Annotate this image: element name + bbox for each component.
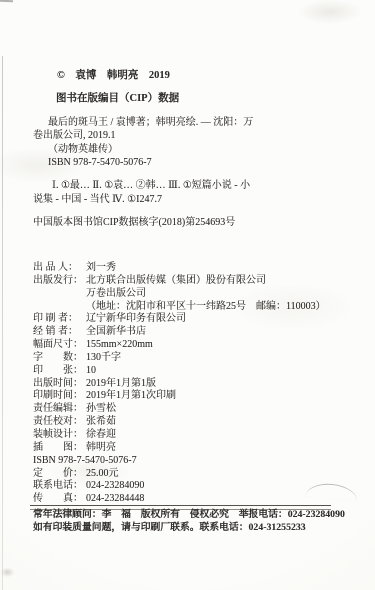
colophon-block: 出 品 人：刘一秀 出版发行：北方联合出版传媒（集团）股份有限公司 万卷出版公司… bbox=[33, 262, 353, 506]
colophon-value: 刘一秀 bbox=[86, 262, 116, 273]
cip-record-number: 中国版本图书馆CIP数据核字(2018)第254693号 bbox=[33, 217, 235, 229]
cip-entry-line: 卷出版公司, 2019.1 bbox=[33, 130, 116, 142]
colophon-value: 2019年1月第1次印刷 bbox=[86, 390, 176, 401]
colophon-row: 万卷出版公司 bbox=[33, 288, 353, 301]
scan-artifact-top-edge bbox=[0, 0, 13, 2]
colophon-value: 155mm×220mm bbox=[86, 339, 153, 350]
colophon-row: 字 数：130千字 bbox=[33, 352, 353, 365]
colophon-row: 出 品 人：刘一秀 bbox=[33, 262, 353, 275]
cip-classification-line: Ⅰ. ①最… Ⅱ. ①袁… ②韩… Ⅲ. ①短篇小说 - 小 bbox=[52, 180, 250, 192]
cip-entry-line: （动物英雄传） bbox=[48, 144, 118, 156]
colophon-value: 孙雪松 bbox=[86, 403, 116, 414]
colophon-row: 定 价：25.00元 bbox=[33, 468, 353, 481]
colophon-value: 张希茹 bbox=[86, 416, 116, 427]
colophon-label: 印 张： bbox=[33, 365, 86, 378]
cip-classification-line: 说集 - 中国 - 当代 Ⅳ. ①I247.7 bbox=[33, 194, 162, 206]
legal-line: 常年法律顾问：李 福 版权所有 侵权必究 举报电话：024-23284090 bbox=[33, 509, 345, 521]
colophon-row: ISBN 978-7-5470-5076-7 bbox=[33, 455, 353, 468]
cip-header: 图书在版编目（CIP）数据 bbox=[56, 93, 179, 105]
colophon-label: 幅面尺寸： bbox=[33, 339, 86, 352]
colophon-row: （地址：沈阳市和平区十一纬路25号 邮编：110003） bbox=[33, 301, 353, 314]
colophon-row: 联系电话：024-23284090 bbox=[33, 480, 353, 493]
book-copyright-page: © 袁博 韩明亮 2019 图书在版编目（CIP）数据 最后的斑马王 / 袁博著… bbox=[0, 0, 375, 590]
colophon-row: 责任编辑：孙雪松 bbox=[33, 403, 353, 416]
colophon-row: 装帧设计：徐春迎 bbox=[33, 429, 353, 442]
colophon-value: 25.00元 bbox=[86, 468, 119, 479]
colophon-row: 责任校对：张希茹 bbox=[33, 416, 353, 429]
colophon-row: 插 图：韩明亮 bbox=[33, 442, 353, 455]
colophon-label: 字 数： bbox=[33, 352, 86, 365]
colophon-isbn: ISBN 978-7-5470-5076-7 bbox=[33, 455, 137, 466]
colophon-label: 插 图： bbox=[33, 442, 86, 455]
colophon-value: 北方联合出版传媒（集团）股份有限公司 bbox=[86, 275, 266, 286]
colophon-value: 万卷出版公司 bbox=[86, 288, 146, 299]
colophon-value: 全国新华书店 bbox=[86, 326, 146, 337]
colophon-value: （地址：沈阳市和平区十一纬路25号 邮编：110003） bbox=[86, 301, 326, 312]
colophon-row: 印 刷 者：辽宁新华印务有限公司 bbox=[33, 313, 353, 326]
colophon-row: 印刷时间：2019年1月第1次印刷 bbox=[33, 390, 353, 403]
colophon-label: 联系电话： bbox=[33, 480, 86, 493]
colophon-label: 出版发行： bbox=[33, 275, 86, 288]
cip-entry-line: ISBN 978-7-5470-5076-7 bbox=[48, 157, 152, 169]
colophon-label: 出版时间： bbox=[33, 378, 86, 391]
colophon-label: 装帧设计： bbox=[33, 429, 86, 442]
colophon-row: 幅面尺寸：155mm×220mm bbox=[33, 339, 353, 352]
colophon-label: 定 价： bbox=[33, 468, 86, 481]
colophon-value: 10 bbox=[86, 365, 96, 376]
colophon-label: 印 刷 者： bbox=[33, 313, 86, 326]
colophon-label: 责任编辑： bbox=[33, 403, 86, 416]
colophon-value: 徐春迎 bbox=[86, 429, 116, 440]
colophon-value: 024-23284448 bbox=[86, 493, 144, 504]
colophon-label: 出 品 人： bbox=[33, 262, 86, 275]
colophon-row: 出版时间：2019年1月第1版 bbox=[33, 378, 353, 391]
cip-entry-line: 最后的斑马王 / 袁博著；韩明亮绘. — 沈阳：万 bbox=[48, 117, 253, 129]
colophon-value: 韩明亮 bbox=[86, 442, 116, 453]
colophon-row: 印 张：10 bbox=[33, 365, 353, 378]
colophon-row: 经 销 者：全国新华书店 bbox=[33, 326, 353, 339]
scan-artifact-page-edge bbox=[2, 56, 3, 590]
colophon-value: 024-23284090 bbox=[86, 480, 144, 491]
colophon-value: 辽宁新华印务有限公司 bbox=[86, 313, 186, 324]
colophon-label: 经 销 者： bbox=[33, 326, 86, 339]
colophon-label: 责任校对： bbox=[33, 416, 86, 429]
colophon-value: 2019年1月第1版 bbox=[86, 378, 156, 389]
legal-line: 如有印装质量问题，请与印刷厂联系。联系电话：024-31255233 bbox=[33, 522, 306, 534]
copyright-notice: © 袁博 韩明亮 2019 bbox=[57, 70, 170, 82]
colophon-row: 出版发行：北方联合出版传媒（集团）股份有限公司 bbox=[33, 275, 353, 288]
colophon-value: 130千字 bbox=[86, 352, 121, 363]
colophon-label: 印刷时间： bbox=[33, 390, 86, 403]
